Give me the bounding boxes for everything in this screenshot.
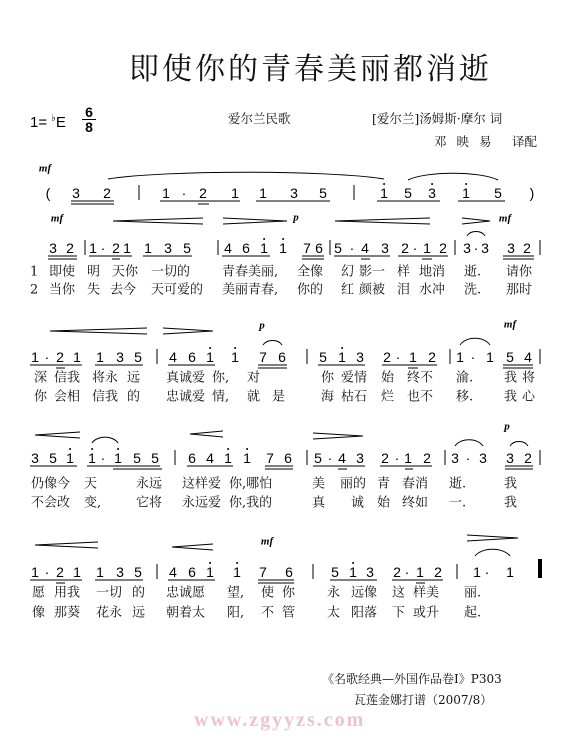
lyric-verse-1: 天 xyxy=(84,478,97,491)
note: 3 xyxy=(116,565,124,579)
note: 7 xyxy=(259,350,267,364)
slur xyxy=(460,338,490,345)
lyric-verse-2: 变, xyxy=(84,497,101,510)
lyric-verse-1: 远 xyxy=(127,372,140,385)
lyric-verse-2: 我 xyxy=(504,497,517,510)
note: 3 xyxy=(451,451,459,465)
note: 6 xyxy=(188,565,196,579)
slur xyxy=(475,549,510,556)
lyric-verse-2: 信我 xyxy=(92,391,118,404)
lyric-verse-1: 你,哪怕 xyxy=(229,478,272,491)
slur xyxy=(510,442,528,447)
note: 4 xyxy=(338,451,346,465)
note: 6 xyxy=(188,451,196,465)
augmentation-dot: · xyxy=(471,350,476,364)
high-octave-note: 3 xyxy=(428,186,436,200)
lyric-verse-2: 你,我的 xyxy=(229,497,272,510)
dynamic-marking: mf xyxy=(504,320,516,331)
augmentation-dot: · xyxy=(101,451,106,465)
lyric-verse-1: 春消 xyxy=(402,478,428,491)
decrescendo-hairpin xyxy=(467,535,518,541)
decrescendo-hairpin xyxy=(462,218,490,224)
note: 7 xyxy=(266,451,274,465)
lyric-verse-2: 终如 xyxy=(402,497,428,510)
lyric-verse-1: 美 xyxy=(312,478,325,491)
note: 3 xyxy=(506,451,514,465)
lyric-verse-1: 我 xyxy=(504,478,517,491)
note: 3 xyxy=(31,451,39,465)
lyric-verse-2: 会相 xyxy=(54,391,80,404)
lyric-verse-2: 是 xyxy=(272,391,285,404)
augmentation-dot: · xyxy=(474,241,479,255)
lyric-verse-2: 不会改 xyxy=(31,497,70,510)
note: 2 xyxy=(434,565,442,579)
lyric-verse-1: 愿 xyxy=(32,587,45,600)
note: 1 xyxy=(31,565,39,579)
note: 1 xyxy=(89,241,97,255)
lyric-verse-1: 永远 xyxy=(136,478,162,491)
lyric-verse-2: 移. xyxy=(456,391,473,404)
crescendo-hairpin xyxy=(35,432,80,438)
lyric-verse-2: 下 xyxy=(392,607,405,620)
note: 3 xyxy=(507,241,515,255)
augmentation-dot: · xyxy=(350,241,355,255)
lyric-verse-2: 花永 xyxy=(96,607,122,620)
lyric-verse-2: 美丽青春, xyxy=(222,284,278,297)
high-octave-note: 1 xyxy=(231,350,239,364)
note: 5 xyxy=(331,565,339,579)
note: 6 xyxy=(278,350,286,364)
lyric-verse-2: 你的 xyxy=(297,284,323,297)
lyric-verse-1: 始 xyxy=(381,372,394,385)
note: 1 xyxy=(506,565,514,579)
lyric-verse-1: 样美 xyxy=(413,587,439,600)
augmentation-dot: · xyxy=(485,565,490,579)
lyric-verse-2: 水冲 xyxy=(419,284,445,297)
note: 1 xyxy=(123,241,131,255)
dynamic-marking: mf xyxy=(499,214,511,225)
lyric-verse-1: 影一 xyxy=(359,266,385,279)
slur xyxy=(455,440,483,446)
augmentation-dot: · xyxy=(413,241,418,255)
note: 4 xyxy=(361,241,369,255)
note: 1 xyxy=(259,186,267,200)
high-octave-note: 1 xyxy=(260,241,268,255)
high-octave-note: 1 xyxy=(206,350,214,364)
source-citation: 《名歌经典—外国作品卷Ⅰ》P303 xyxy=(322,672,502,687)
lyric-verse-2: 管 xyxy=(282,607,295,620)
note: 3 xyxy=(164,241,172,255)
note: 3 xyxy=(356,350,364,364)
note: 5 xyxy=(134,565,142,579)
lyric-verse-2: 情, xyxy=(212,391,229,404)
transcriber-credit: 瓦莲金娜打谱（2007/8） xyxy=(354,693,492,708)
lyric-verse-2: 忠诚爱 xyxy=(166,391,205,404)
lyric-verse-2: 心 xyxy=(522,391,535,404)
note: 4 xyxy=(169,350,177,364)
note: 5 xyxy=(134,350,142,364)
high-octave-note: 1 xyxy=(338,350,346,364)
augmentation-dot: · xyxy=(45,565,50,579)
note: 3 xyxy=(463,241,471,255)
lyric-verse-1: 信我 xyxy=(54,372,80,385)
close-parenthesis: ) xyxy=(530,186,535,200)
high-octave-note: 1 xyxy=(380,186,388,200)
note: 5 xyxy=(319,186,327,200)
lyric-verse-2: 不 xyxy=(261,607,274,620)
note: 5 xyxy=(334,241,342,255)
lyric-verse-1: 丽的 xyxy=(340,478,366,491)
augmentation-dot: · xyxy=(182,186,187,200)
lyric-verse-1: 的 xyxy=(132,587,145,600)
note: 1 xyxy=(31,350,39,364)
note: 6 xyxy=(285,565,293,579)
lyric-verse-2: 颜被 xyxy=(359,284,385,297)
lyric-verse-1: 丽. xyxy=(464,587,481,600)
lyric-verse-1: 使 xyxy=(261,587,274,600)
slur xyxy=(467,232,485,237)
augmentation-dot: · xyxy=(396,350,401,364)
note: 5 xyxy=(506,350,514,364)
lyric-verse-2: 天可爱的 xyxy=(151,284,203,297)
note: 2 xyxy=(112,241,120,255)
dynamic-marking: p xyxy=(293,213,299,224)
lyric-verse-2: 海 xyxy=(321,391,334,404)
note: 2 xyxy=(199,186,207,200)
note: 7 xyxy=(259,565,267,579)
lyric-verse-1: 你 xyxy=(282,587,295,600)
note: 6 xyxy=(242,241,250,255)
high-octave-note: 1 xyxy=(206,565,214,579)
lyric-verse-2: 阳落 xyxy=(351,607,377,620)
lyric-verse-1: 渝. xyxy=(456,372,473,385)
lyric-verse-1: 样 xyxy=(397,266,410,279)
note: 2 xyxy=(103,186,111,200)
note: 5 xyxy=(151,451,159,465)
lyric-verse-2: 我 xyxy=(504,391,517,404)
note: 1 xyxy=(473,565,481,579)
lyric-verse-1: 对 xyxy=(247,372,260,385)
lyric-verse-1: 望, xyxy=(227,587,244,600)
open-parenthesis: ( xyxy=(46,186,51,200)
dynamic-marking: p xyxy=(259,321,265,332)
lyric-verse-1: 用我 xyxy=(54,587,80,600)
lyric-verse-1: 将永 xyxy=(92,372,118,385)
note: 1 xyxy=(162,186,170,200)
note: 2 xyxy=(423,451,431,465)
lyric-verse-1: 这样爱 xyxy=(182,478,221,491)
note: 2 xyxy=(439,241,447,255)
augmentation-dot: · xyxy=(101,241,106,255)
note: 3 xyxy=(381,241,389,255)
slur xyxy=(408,173,498,180)
lyric-verse-2: 你 xyxy=(34,391,47,404)
lyric-verse-1: 一切的 xyxy=(151,266,190,279)
lyric-verse-1: 仍像今 xyxy=(31,478,70,491)
note: 1 xyxy=(144,241,152,255)
note: 5 xyxy=(494,186,502,200)
crescendo-hairpin xyxy=(335,218,430,224)
augmentation-dot: · xyxy=(45,350,50,364)
lyric-verse-1: 幻 xyxy=(341,266,354,279)
sheet-music-page: 即使你的青春美丽都消逝 1=♭E 6 8 爱尔兰民歌 [爱尔兰]汤姆斯·摩尔 词… xyxy=(0,0,584,743)
lyric-verse-1: 将 xyxy=(522,372,535,385)
lyric-verse-2: 远 xyxy=(132,607,145,620)
note: 5 xyxy=(133,451,141,465)
lyric-verse-1: 1 xyxy=(30,266,38,279)
score-graphics xyxy=(0,0,584,743)
crescendo-hairpin xyxy=(172,544,213,550)
lyric-verse-2: 它将 xyxy=(136,497,162,510)
note: 1 xyxy=(73,350,81,364)
note: 2 xyxy=(381,451,389,465)
lyric-verse-1: 我 xyxy=(504,372,517,385)
lyric-verse-1: 永 xyxy=(327,587,340,600)
note: 1 xyxy=(231,186,239,200)
lyric-verse-2: 洗. xyxy=(464,284,481,297)
lyric-verse-2: 永远爱 xyxy=(182,497,221,510)
lyric-verse-2: 失 xyxy=(87,284,100,297)
note: 1 xyxy=(423,241,431,255)
note: 5 xyxy=(183,241,191,255)
lyric-verse-2: 去今 xyxy=(110,284,136,297)
lyric-verse-1: 你, xyxy=(212,372,229,385)
decrescendo-hairpin xyxy=(223,218,287,224)
slur xyxy=(263,341,282,346)
lyric-verse-1: 你 xyxy=(321,372,334,385)
lyric-verse-1: 明 xyxy=(87,266,100,279)
lyric-verse-2: 枯石 xyxy=(341,391,367,404)
note: 1 xyxy=(404,451,412,465)
lyric-verse-2: 阳, xyxy=(227,607,244,620)
note: 3 xyxy=(49,241,57,255)
note: 6 xyxy=(315,241,323,255)
note: 3 xyxy=(290,186,298,200)
note: 1 xyxy=(409,350,417,364)
note: 7 xyxy=(303,241,311,255)
high-octave-note: 1 xyxy=(233,565,241,579)
note: 2 xyxy=(393,565,401,579)
note: 3 xyxy=(356,451,364,465)
lyric-verse-1: 地消 xyxy=(419,266,445,279)
crescendo-hairpin xyxy=(35,542,98,548)
lyric-verse-1: 请你 xyxy=(506,266,532,279)
lyric-verse-2: 2 xyxy=(30,284,38,297)
note: 3 xyxy=(481,241,489,255)
lyric-verse-1: 逝. xyxy=(449,478,466,491)
lyric-verse-2: 或升 xyxy=(413,607,439,620)
crescendo-hairpin xyxy=(113,218,203,224)
lyric-verse-2: 真 xyxy=(312,497,325,510)
lyric-verse-2: 朝着太 xyxy=(166,607,205,620)
high-octave-note: 1 xyxy=(349,565,357,579)
lyric-verse-1: 青 xyxy=(377,478,390,491)
note: 3 xyxy=(72,186,80,200)
lyric-verse-1: 全像 xyxy=(297,266,323,279)
lyric-verse-1: 这 xyxy=(392,587,405,600)
note: 4 xyxy=(169,565,177,579)
lyric-verse-2: 太 xyxy=(327,607,340,620)
note: 6 xyxy=(284,451,292,465)
note: 2 xyxy=(524,451,532,465)
lyric-verse-1: 终不 xyxy=(407,372,433,385)
lyric-verse-1: 爱情 xyxy=(341,372,367,385)
lyric-verse-2: 红 xyxy=(341,284,354,297)
note: 4 xyxy=(524,350,532,364)
note: 1 xyxy=(486,350,494,364)
high-octave-note: 1 xyxy=(88,451,96,465)
lyric-verse-2: 一. xyxy=(449,497,466,510)
lyric-verse-2: 当你 xyxy=(49,284,75,297)
lyric-verse-2: 烂 xyxy=(381,391,394,404)
decrescendo-hairpin xyxy=(163,328,213,334)
final-barline xyxy=(538,559,542,578)
lyric-verse-2: 始 xyxy=(377,497,390,510)
note: 2 xyxy=(428,350,436,364)
dynamic-marking: mf xyxy=(39,164,51,175)
lyric-verse-2: 就 xyxy=(247,391,260,404)
slur xyxy=(108,172,384,179)
note: 5 xyxy=(314,451,322,465)
lyric-verse-2: 的 xyxy=(127,391,140,404)
lyric-verse-1: 一切 xyxy=(96,587,122,600)
lyric-verse-2: 像 xyxy=(32,607,45,620)
lyric-verse-1: 真诚爱 xyxy=(166,372,205,385)
note: 5 xyxy=(319,350,327,364)
high-octave-note: 1 xyxy=(279,241,287,255)
dynamic-marking: mf xyxy=(51,214,63,225)
high-octave-note: 1 xyxy=(243,451,251,465)
note: 6 xyxy=(188,350,196,364)
note: 4 xyxy=(206,451,214,465)
note: 1 xyxy=(96,565,104,579)
lyric-verse-1: 即使 xyxy=(49,266,75,279)
lyric-verse-2: 诚 xyxy=(351,497,364,510)
crescendo-hairpin xyxy=(50,328,147,334)
lyric-verse-2: 那葵 xyxy=(54,607,80,620)
lyric-verse-1: 青春美丽, xyxy=(222,266,278,279)
note: 3 xyxy=(479,451,487,465)
decrescendo-hairpin xyxy=(313,433,363,439)
lyric-verse-2: 泪 xyxy=(397,284,410,297)
dynamic-marking: p xyxy=(504,422,510,433)
watermark: www.zgyyzs.com xyxy=(194,709,365,731)
note: 2 xyxy=(523,241,531,255)
high-octave-note: 1 xyxy=(224,451,232,465)
augmentation-dot: · xyxy=(405,565,410,579)
lyric-verse-2: 起. xyxy=(464,607,481,620)
note: 4 xyxy=(224,241,232,255)
high-octave-note: 1 xyxy=(462,186,470,200)
note: 2 xyxy=(383,350,391,364)
lyric-verse-1: 天你 xyxy=(112,266,138,279)
note: 5 xyxy=(49,451,57,465)
note: 3 xyxy=(116,350,124,364)
crescendo-hairpin xyxy=(190,431,223,437)
slur xyxy=(92,437,118,443)
note: 2 xyxy=(56,350,64,364)
note: 1 xyxy=(96,350,104,364)
note: 2 xyxy=(56,565,64,579)
lyric-verse-2: 那时 xyxy=(506,284,532,297)
note: 3 xyxy=(366,565,374,579)
note: 2 xyxy=(401,241,409,255)
lyric-verse-1: 深 xyxy=(34,372,47,385)
lyric-verse-2: 也不 xyxy=(407,391,433,404)
note: 1 xyxy=(456,350,464,364)
augmentation-dot: · xyxy=(466,451,471,465)
lyric-verse-1: 忠诚愿 xyxy=(166,587,205,600)
note: 2 xyxy=(66,241,74,255)
note: 1 xyxy=(73,565,81,579)
augmentation-dot: · xyxy=(328,451,333,465)
augmentation-dot: · xyxy=(395,451,400,465)
dynamic-marking: mf xyxy=(261,537,273,548)
high-octave-note: 1 xyxy=(114,451,122,465)
note: 5 xyxy=(404,186,412,200)
high-octave-note: 1 xyxy=(66,451,74,465)
note: 1 xyxy=(416,565,424,579)
lyric-verse-1: 远像 xyxy=(351,587,377,600)
lyric-verse-1: 逝. xyxy=(464,266,481,279)
